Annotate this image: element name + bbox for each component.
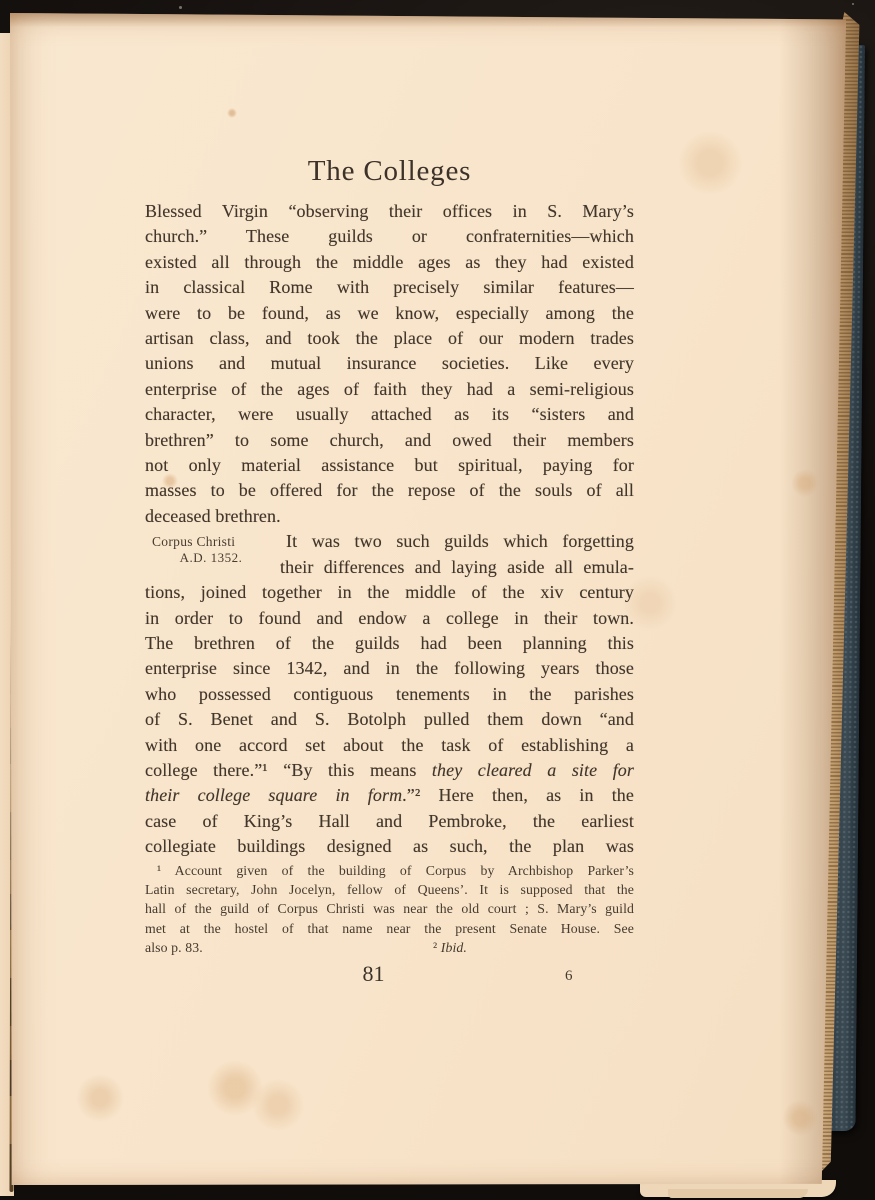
- text-line: collegiate buildings designed as such, t…: [145, 834, 634, 859]
- text-line: tions, joined together in the middle of …: [145, 580, 634, 605]
- body-paragraph-1: Blessed Virgin “observing their offices …: [145, 199, 634, 529]
- dust-speck: [852, 3, 854, 5]
- footnote-line: ¹ Account given of the building of Corpu…: [145, 861, 634, 880]
- page-title: The Colleges: [145, 153, 634, 189]
- footnote: ¹ Account given of the building of Corpu…: [145, 861, 634, 958]
- page-number-row: 81 6: [145, 959, 634, 995]
- text-line: college there.”¹ “By this means they cle…: [145, 758, 634, 783]
- footnote-page-ref: also p. 83.: [145, 940, 203, 955]
- text-line: were to be found, as we know, especially…: [145, 301, 634, 326]
- dust-speck: [179, 6, 182, 9]
- margin-note: Corpus Christi A.D. 1352.: [145, 534, 277, 566]
- footnote-line: hall of the guild of Corpus Christi was …: [145, 899, 634, 918]
- under-page-edge: [668, 1189, 808, 1198]
- text-line: artisan class, and took the place of our…: [145, 326, 634, 351]
- text-line: Blessed Virgin “observing their offices …: [145, 199, 634, 224]
- book-page: The Colleges Blessed Virgin “observing t…: [10, 13, 846, 1185]
- footnote-ibid: ² Ibid.: [433, 938, 467, 957]
- text-line: church.” These guilds or confraternities…: [145, 224, 634, 249]
- text-segment: .”² Here then, as in the: [402, 785, 634, 805]
- text-line: not only material assistance but spiritu…: [145, 453, 634, 478]
- text-line: unions and mutual insurance societies. L…: [145, 351, 634, 376]
- text-block: The Colleges Blessed Virgin “observing t…: [145, 153, 634, 995]
- text-line: case of King’s Hall and Pembroke, the ea…: [145, 809, 634, 834]
- text-line: enterprise since 1342, and in the follow…: [145, 656, 634, 681]
- text-segment: college there.”¹ “By this means: [145, 760, 432, 780]
- text-line: brethren” to some church, and owed their…: [145, 428, 634, 453]
- text-line: with one accord set about the task of es…: [145, 733, 634, 758]
- text-line: enterprise of the ages of faith they had…: [145, 377, 634, 402]
- text-line: of S. Benet and S. Botolph pulled them d…: [145, 707, 634, 732]
- text-line: deceased brethren.: [145, 504, 634, 529]
- signature-mark: 6: [565, 968, 573, 985]
- margin-note-line: A.D. 1352.: [145, 549, 277, 566]
- footnote-last-line: also p. 83. ² Ibid.: [145, 938, 634, 957]
- photo-backdrop: The Colleges Blessed Virgin “observing t…: [0, 0, 875, 1200]
- italic-text-segment: their college square in form: [145, 785, 402, 805]
- footnote-line: Latin secretary, John Jocelyn, fellow of…: [145, 880, 634, 899]
- text-line: in order to found and endow a college in…: [145, 606, 634, 631]
- italic-text-segment: they cleared a site for: [432, 760, 634, 780]
- footnote-marker: ²: [433, 940, 441, 955]
- body-paragraph-2: Corpus Christi A.D. 1352. It was two suc…: [145, 529, 634, 859]
- text-line: who possessed contiguous tenements in th…: [145, 682, 634, 707]
- text-line: existed all through the middle ages as t…: [145, 250, 634, 275]
- margin-note-line: Corpus Christi: [145, 534, 277, 549]
- page-number: 81: [129, 959, 618, 989]
- text-line: character, were usually attached as its …: [145, 402, 634, 427]
- italic-text-segment: Ibid.: [441, 940, 467, 955]
- text-line: The brethren of the guilds had been plan…: [145, 631, 634, 656]
- text-line: masses to be offered for the repose of t…: [145, 478, 634, 503]
- footnote-line: met at the hostel of that name near the …: [145, 919, 634, 938]
- text-line: in classical Rome with precisely similar…: [145, 275, 634, 300]
- text-line: their college square in form.”² Here the…: [145, 783, 634, 808]
